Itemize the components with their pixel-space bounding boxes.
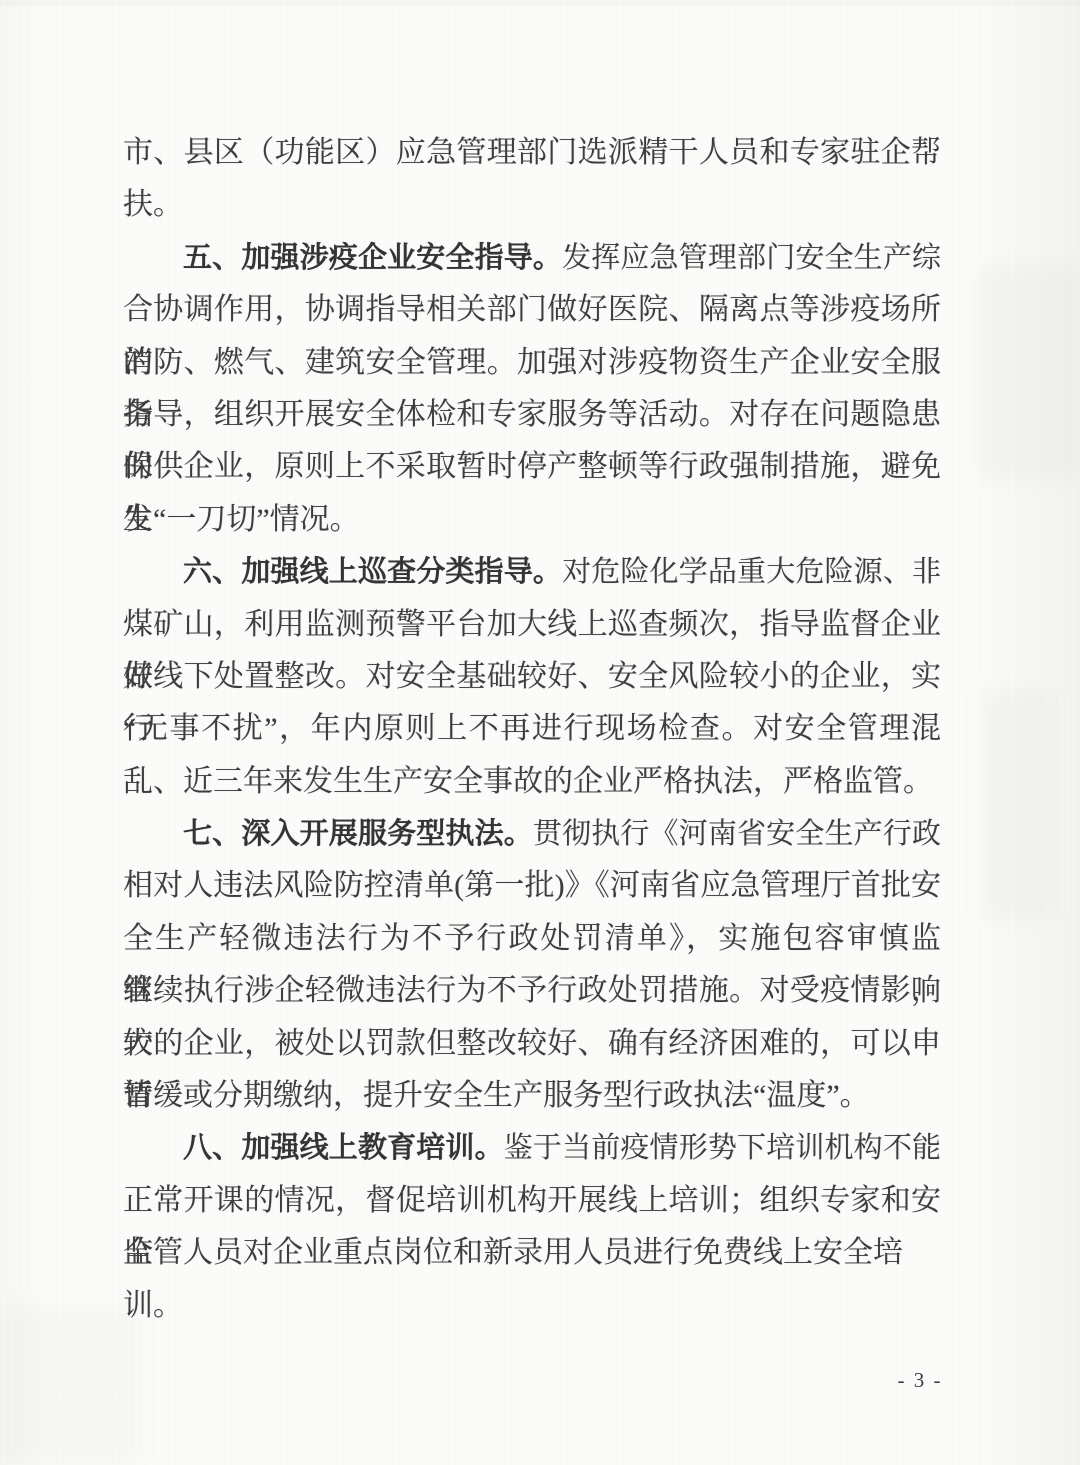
text-line: 好线下处置整改。对安全基础较好、安全风险较小的企业，实行 bbox=[123, 651, 941, 703]
body-text: 乱、近三年来发生生产安全事故的企业严格执法，严格监管。 bbox=[123, 765, 933, 798]
scan-shade-patch bbox=[0, 1305, 140, 1465]
text-line: 暂缓或分期缴纳，提升安全生产服务型行政执法“温度”。 bbox=[123, 1070, 941, 1122]
section-heading: 五、加强涉疫企业安全指导。 bbox=[183, 242, 562, 274]
document-page: 市、县区（功能区）应急管理部门选派精干人员和专家驻企帮扶。五、加强涉疫企业安全指… bbox=[0, 0, 1080, 1465]
body-text: 发挥应急管理部门安全生产综 bbox=[562, 242, 941, 274]
text-line: 保供企业，原则上不采取暂时停产整顿等行政强制措施，避免发 bbox=[123, 441, 941, 493]
text-line: 乱、近三年来发生生产安全事故的企业严格执法，严格监管。 bbox=[123, 756, 941, 808]
body-text: 对危险化学品重大危险源、非 bbox=[562, 556, 941, 588]
body-text: 暂缓或分期缴纳，提升安全生产服务型行政执法“温度”。 bbox=[123, 1079, 870, 1112]
text-line: 指导，组织开展安全体检和专家服务等活动。对存在问题隐患的 bbox=[123, 389, 941, 441]
section-heading: 七、深入开展服务型执法。 bbox=[183, 818, 533, 850]
section-heading-line: 五、加强涉疫企业安全指导。发挥应急管理部门安全生产综 bbox=[123, 232, 941, 284]
scan-shade-patch bbox=[980, 690, 1052, 920]
text-line: 正常开课的情况，督促培训机构开展线上培训；组织专家和安全 bbox=[123, 1175, 941, 1227]
body-text: “无事不扰”，年内原则上不再进行现场检查。对安全管理混 bbox=[123, 712, 941, 745]
scan-shade-patch bbox=[975, 265, 1080, 480]
text-line: 监管人员对企业重点岗位和新录用人员进行免费线上安全培训。 bbox=[123, 1227, 941, 1279]
text-line: 合协调作用，协调指导相关部门做好医院、隔离点等涉疫场所的 bbox=[123, 284, 941, 336]
section-heading-line: 七、深入开展服务型执法。贯彻执行《河南省安全生产行政 bbox=[123, 808, 941, 860]
text-line: 相对人违法风险防控清单(第一批)》《河南省应急管理厅首批安 bbox=[123, 860, 941, 912]
text-line: 继续执行涉企轻微违法行为不予行政处罚措施。对受疫情影响较 bbox=[123, 965, 941, 1017]
body-text: 鉴于当前疫情形势下培训机构不能 bbox=[504, 1132, 941, 1164]
text-line: 生“一刀切”情况。 bbox=[123, 494, 941, 546]
text-line: 消防、燃气、建筑安全管理。加强对涉疫物资生产企业安全服务 bbox=[123, 337, 941, 389]
body-text: 监管人员对企业重点岗位和新录用人员进行免费线上安全培训。 bbox=[123, 1236, 903, 1321]
text-line: 市、县区（功能区）应急管理部门选派精干人员和专家驻企帮 bbox=[123, 127, 941, 179]
body-text: 扶。 bbox=[123, 188, 183, 221]
body-text: 贯彻执行《河南省安全生产行政 bbox=[533, 818, 941, 850]
section-heading: 八、加强线上教育培训。 bbox=[183, 1132, 504, 1164]
text-line: 大的企业，被处以罚款但整改较好、确有经济困难的，可以申请 bbox=[123, 1018, 941, 1070]
body-text: 市、县区（功能区）应急管理部门选派精干人员和专家驻企帮 bbox=[123, 136, 941, 169]
section-heading-line: 六、加强线上巡查分类指导。对危险化学品重大危险源、非 bbox=[123, 546, 941, 598]
body-text: 生“一刀切”情况。 bbox=[123, 503, 360, 536]
body-text: 相对人违法风险防控清单(第一批)》《河南省应急管理厅首批安 bbox=[123, 869, 941, 902]
scan-edge-shade bbox=[0, 0, 1080, 6]
section-heading-line: 八、加强线上教育培训。鉴于当前疫情形势下培训机构不能 bbox=[123, 1122, 941, 1174]
text-line: “无事不扰”，年内原则上不再进行现场检查。对安全管理混 bbox=[123, 703, 941, 755]
text-line: 全生产轻微违法行为不予行政处罚清单》，实施包容审慎监管， bbox=[123, 913, 941, 965]
text-line: 扶。 bbox=[123, 179, 941, 231]
section-heading: 六、加强线上巡查分类指导。 bbox=[183, 556, 562, 588]
page-number: - 3 - bbox=[880, 1368, 960, 1393]
text-line: 煤矿山，利用监测预警平台加大线上巡查频次，指导监督企业做 bbox=[123, 599, 941, 651]
document-body: 市、县区（功能区）应急管理部门选派精干人员和专家驻企帮扶。五、加强涉疫企业安全指… bbox=[123, 127, 941, 1280]
